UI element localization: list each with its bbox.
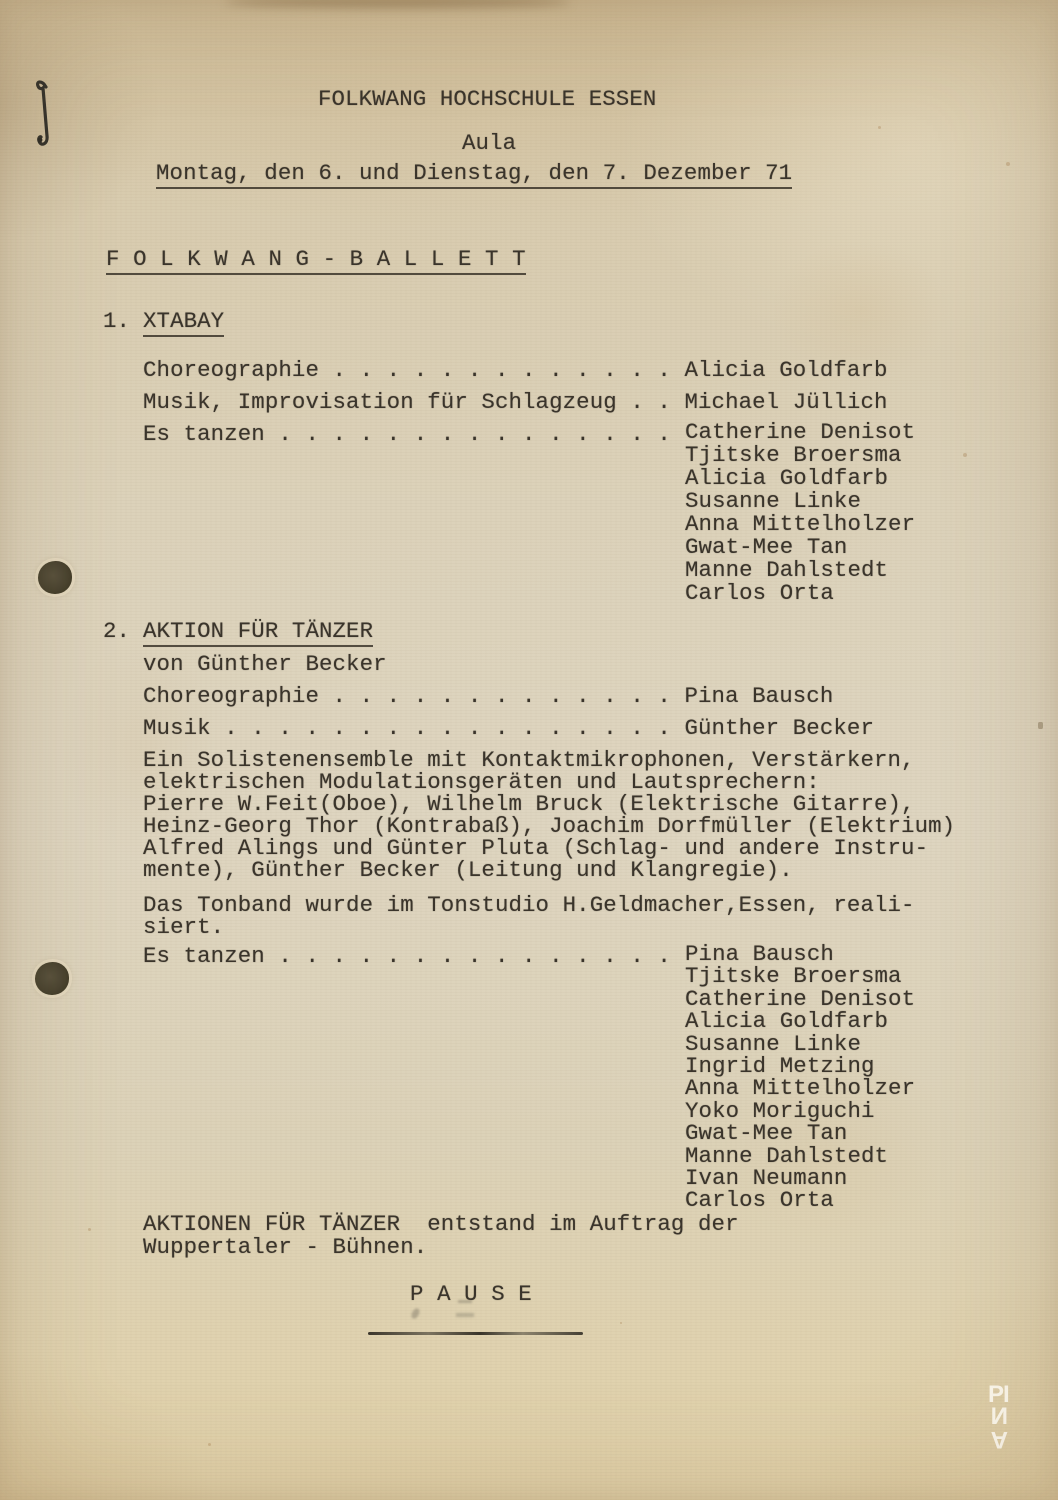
ink-smudge [410,1307,420,1320]
piece-1-credit-choreography: Choreographie . . . . . . . . . . . . . … [143,357,888,383]
piece-1-dancer-list: Catherine Denisot Tjitske Broersma Alici… [685,421,915,605]
punch-hole-top [38,561,72,594]
piece-1-dancers-label: Es tanzen . . . . . . . . . . . . . . . [143,421,671,447]
piece-2-tape-note: Das Tonband wurde im Tonstudio H.Geldmac… [143,894,915,938]
piece-1-title: XTABAY [143,308,224,334]
staple [31,78,57,158]
pina-watermark-line3: A [974,1428,1008,1450]
punch-hole-bottom [35,962,69,995]
pina-watermark: PI N A [988,1384,1022,1450]
piece-2-description: Ein Solistenensemble mit Kontaktmikropho… [143,749,955,881]
institution-name: FOLKWANG HOCHSCHULE ESSEN [318,86,656,112]
scan-edge-smudge [225,0,570,8]
ink-smudge [456,1313,474,1317]
ink-smudge [458,1300,472,1303]
pause-label: P A U S E [410,1281,532,1307]
piece-1-credit-music: Musik, Improvisation für Schlagzeug . . … [143,389,888,415]
piece-1-number: 1. [103,308,130,334]
piece-2-byline: von Günther Becker [143,651,387,677]
pina-watermark-line2: N [974,1406,1008,1428]
date-line: Montag, den 6. und Dienstag, den 7. Deze… [156,160,792,186]
piece-2-title: AKTION FÜR TÄNZER [143,618,373,644]
piece-2-commission-note: AKTIONEN FÜR TÄNZER entstand im Auftrag … [143,1213,739,1259]
piece-2-dancer-list: Pina Bausch Tjitske Broersma Catherine D… [685,943,915,1212]
venue: Aula [462,130,516,156]
program-page: FOLKWANG HOCHSCHULE ESSEN Aula Montag, d… [0,0,1058,1500]
program-title: F O L K W A N G - B A L L E T T [106,246,526,272]
piece-2-dancers-label: Es tanzen . . . . . . . . . . . . . . . [143,943,671,969]
separator-rule [368,1332,583,1335]
piece-2-credit-choreography: Choreographie . . . . . . . . . . . . . … [143,683,833,709]
piece-2-credit-music: Musik . . . . . . . . . . . . . . . . . … [143,715,874,741]
piece-2-number: 2. [103,618,130,644]
